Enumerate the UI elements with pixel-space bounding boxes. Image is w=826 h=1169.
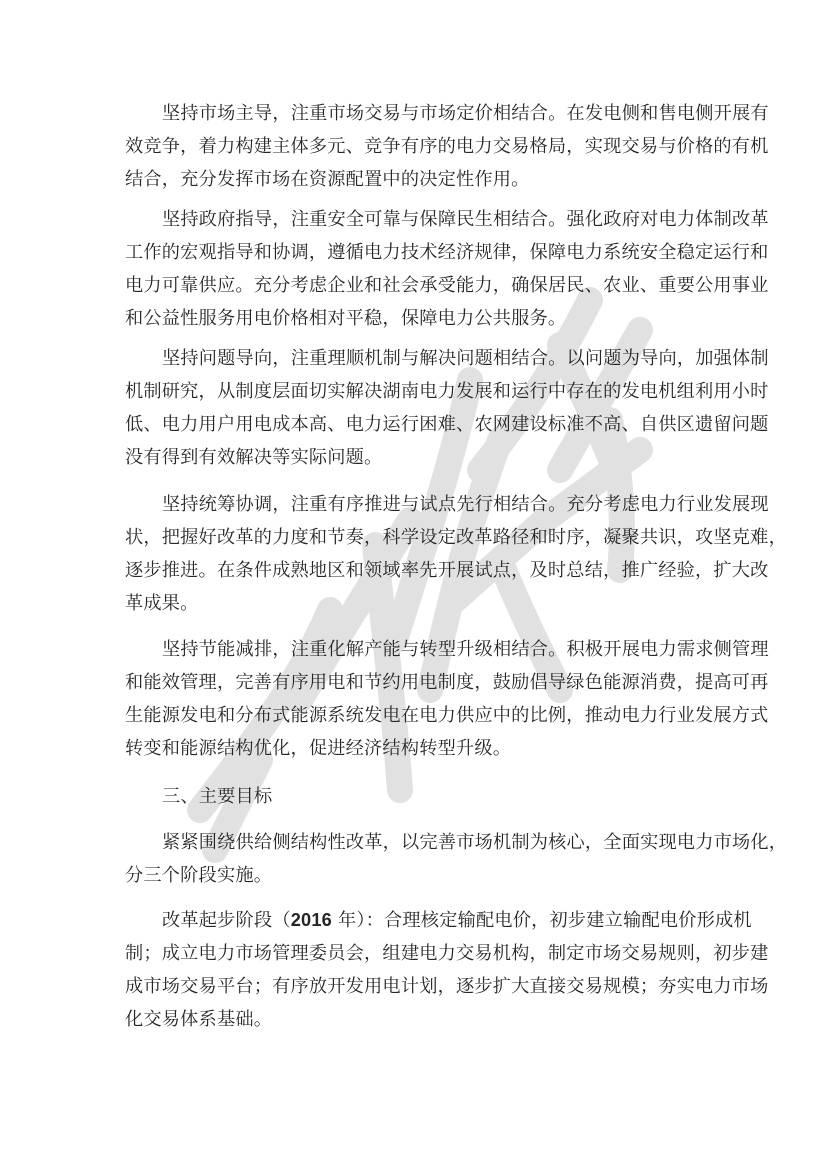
text-line: 低、电力用户用电成本高、电力运行困难、农网建设标准不高、自供区遗留问题 (125, 408, 705, 441)
text-line: 没有得到有效解决等实际问题。 (125, 441, 705, 474)
text-line: 坚持统筹协调，注重有序推进与试点先行相结合。充分考虑电力行业发展现 (162, 488, 705, 521)
text-line: 分三个阶段实施。 (125, 859, 705, 892)
text-line: 坚持问题导向，注重理顺机制与解决问题相结合。以问题为导向，加强体制 (162, 342, 705, 375)
text-line: 工作的宏观指导和协调，遵循电力技术经济规律，保障电力系统安全稳定运行和 (125, 236, 705, 269)
text-line: 成市场交易平台；有序放开发用电计划，逐步扩大直接交易规模；夯实电力市场 (125, 970, 705, 1003)
text-line: 转变和能源结构优化，促进经济结构转型升级。 (125, 732, 705, 765)
text-line: 电力可靠供应。充分考虑企业和社会承受能力，确保居民、农业、重要公用事业 (125, 269, 705, 302)
text-line: 坚持节能减排，注重化解产能与转型升级相结合。积极开展电力需求侧管理 (162, 633, 705, 666)
text-line: 结合，充分发挥市场在资源配置中的决定性作用。 (125, 163, 705, 196)
text-line: 和公益性服务用电价格相对平稳，保障电力公共服务。 (125, 302, 705, 335)
text-line: 坚持政府指导，注重安全可靠与保障民生相结合。强化政府对电力体制改革 (162, 203, 705, 236)
year-value: 2016 (291, 910, 332, 930)
phase-description: 年）：合理核定输配电价，初步建立输配电价形成机 (332, 910, 752, 931)
section-heading: 三、主要目标 (162, 780, 705, 813)
text-line: 和能效管理，完善有序用电和节约用电制度，鼓励倡导绿色能源消费，提高可再 (125, 666, 705, 699)
text-line: 坚持市场主导，注重市场交易与市场定价相结合。在发电侧和售电侧开展有 (162, 97, 705, 130)
phase-label: 改革起步阶段（ (162, 910, 291, 931)
text-line: 机制研究，从制度层面切实解决湖南电力发展和运行中存在的发电机组利用小时 (125, 375, 705, 408)
text-line: 紧紧围绕供给侧结构性改革，以完善市场机制为核心，全面实现电力市场化， (162, 826, 705, 859)
text-line: 生能源发电和分布式能源系统发电在电力供应中的比例，推动电力行业发展方式 (125, 699, 705, 732)
document-page: 坚持市场主导，注重市场交易与市场定价相结合。在发电侧和售电侧开展有 效竞争，着力… (0, 0, 826, 1169)
text-line: 改革起步阶段（2016 年）：合理核定输配电价，初步建立输配电价形成机 (162, 904, 705, 937)
text-line: 状，把握好改革的力度和节奏，科学设定改革路径和时序，凝聚共识，攻坚克难， (125, 521, 705, 554)
text-line: 化交易体系基础。 (125, 1003, 705, 1036)
text-line: 制；成立电力市场管理委员会，组建电力交易机构，制定市场交易规则，初步建 (125, 937, 705, 970)
text-line: 效竞争，着力构建主体多元、竞争有序的电力交易格局，实现交易与价格的有机 (125, 130, 705, 163)
text-line: 逐步推进。在条件成熟地区和领域率先开展试点，及时总结，推广经验，扩大改 (125, 554, 705, 587)
text-line: 革成果。 (125, 587, 705, 620)
